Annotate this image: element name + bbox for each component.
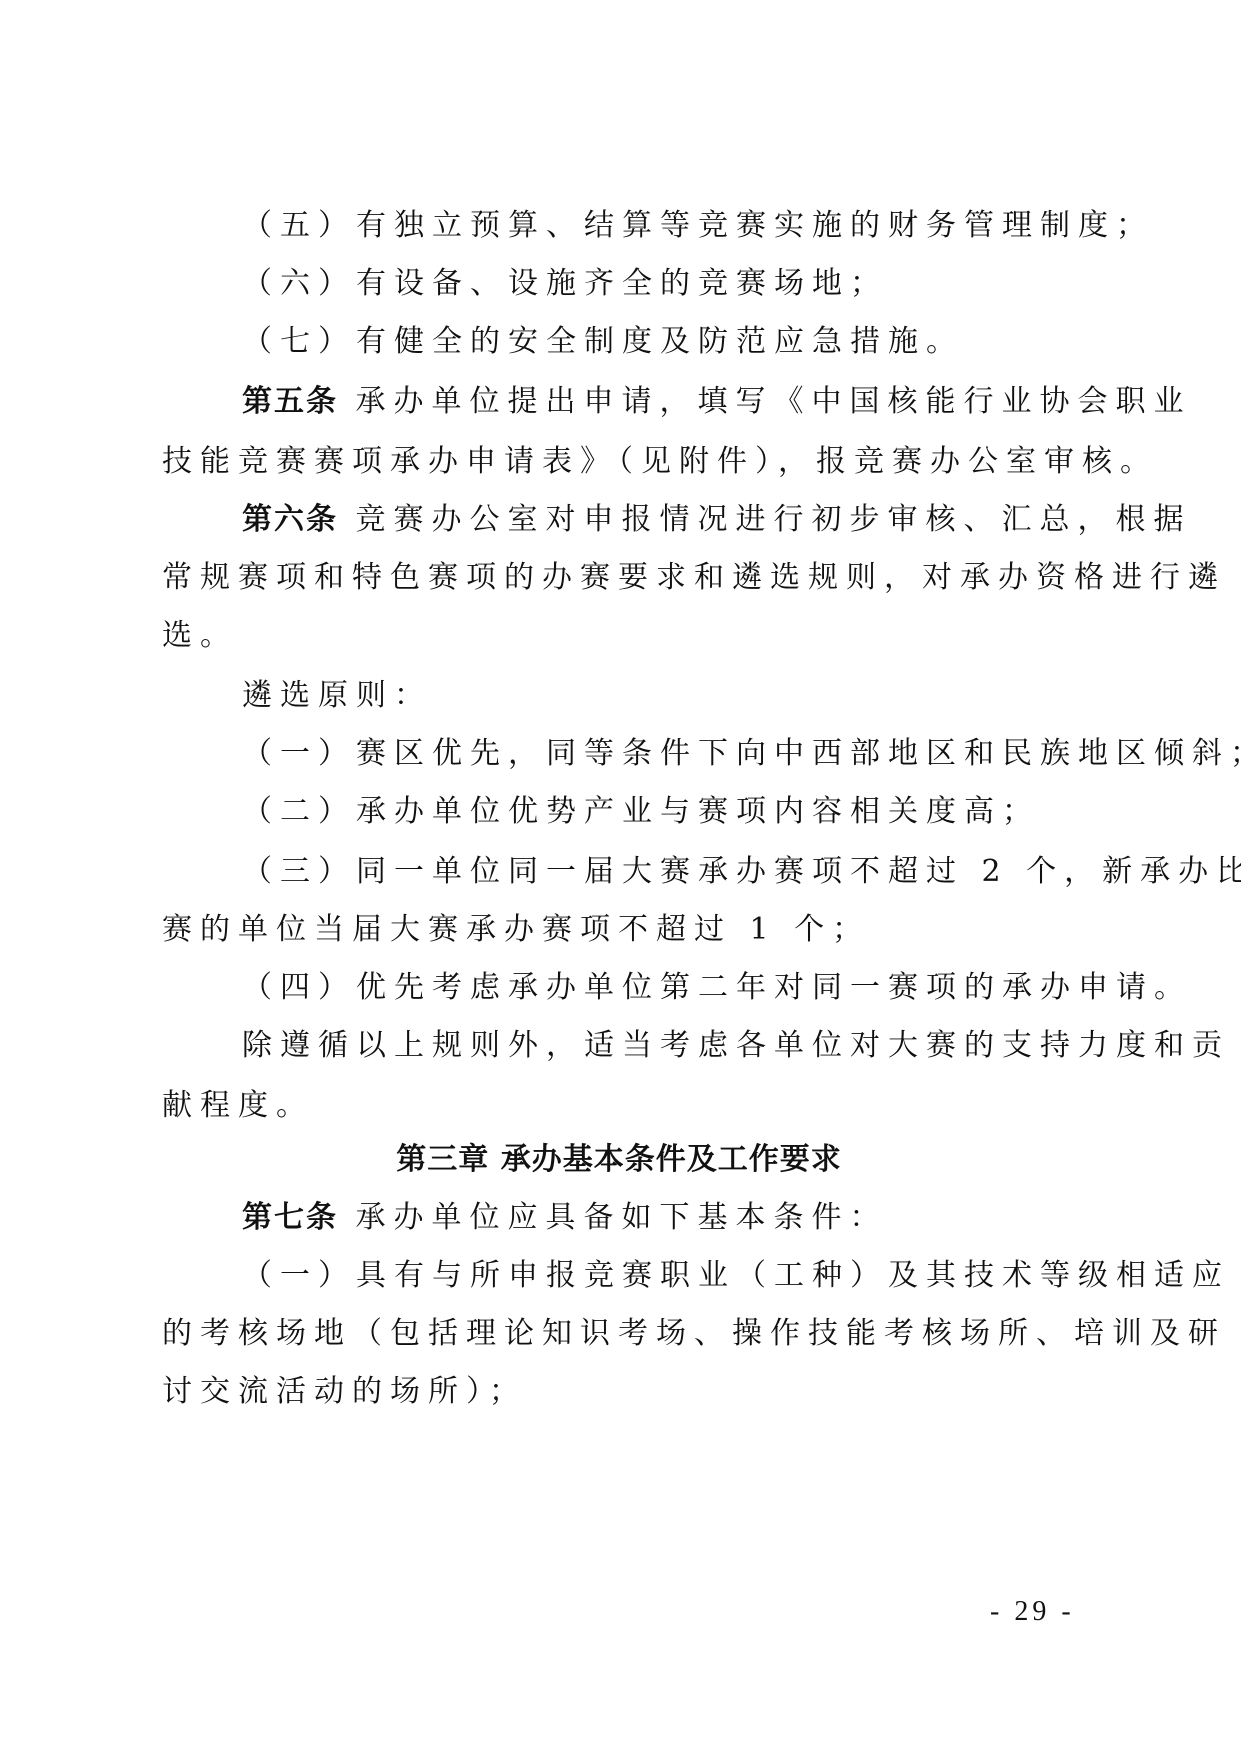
selection-title: 遴选原则： — [162, 676, 1076, 716]
article-6-text: 竞赛办公室对申报情况进行初步审核、汇总，根据 — [356, 502, 1192, 537]
article-5-line-2: 技能竞赛赛项承办申请表》（见附件），报竞赛办公室审核。 — [162, 442, 1076, 482]
article-6-line-1: 第六条 竞赛办公室对申报情况进行初步审核、汇总，根据 — [162, 500, 1076, 540]
article-5-label: 第五条 — [242, 384, 338, 419]
article-6-line-3: 选。 — [162, 616, 1076, 656]
chapter-3-heading: 第三章 承办基本条件及工作要求 — [162, 1140, 1076, 1180]
article-7-item-1-line-2: 的考核场地（包括理论知识考场、操作技能考核场所、培训及研 — [162, 1314, 1076, 1354]
selection-item-4: （四）优先考虑承办单位第二年对同一赛项的承办申请。 — [162, 968, 1076, 1008]
clause-5: （五）有独立预算、结算等竞赛实施的财务管理制度； — [162, 206, 1076, 246]
article-6-line-2: 常规赛项和特色赛项的办赛要求和遴选规则，对承办资格进行遴 — [162, 558, 1076, 598]
selection-extra-line-1: 除遵循以上规则外，适当考虑各单位对大赛的支持力度和贡 — [162, 1026, 1076, 1066]
selection-item-3-line-1: （三）同一单位同一届大赛承办赛项不超过 2 个，新承办比 — [162, 852, 1076, 892]
article-7-line-1: 第七条 承办单位应具备如下基本条件： — [162, 1198, 1076, 1238]
article-7-item-1-line-1: （一）具有与所申报竞赛职业（工种）及其技术等级相适应 — [162, 1256, 1076, 1296]
clause-7: （七）有健全的安全制度及防范应急措施。 — [162, 322, 1076, 362]
clause-6: （六）有设备、设施齐全的竞赛场地； — [162, 264, 1076, 304]
page-number: - 29 - — [990, 1596, 1075, 1628]
article-5-text: 承办单位提出申请，填写《中国核能行业协会职业 — [356, 384, 1192, 419]
selection-extra-line-2: 献程度。 — [162, 1086, 1076, 1126]
selection-item-2: （二）承办单位优势产业与赛项内容相关度高； — [162, 792, 1076, 832]
selection-item-3-line-2: 赛的单位当届大赛承办赛项不超过 1 个； — [162, 910, 1076, 950]
article-7-text: 承办单位应具备如下基本条件： — [356, 1200, 888, 1235]
article-7-label: 第七条 — [242, 1200, 338, 1235]
article-5-line-1: 第五条 承办单位提出申请，填写《中国核能行业协会职业 — [162, 382, 1076, 422]
article-6-label: 第六条 — [242, 502, 338, 537]
article-7-item-1-line-3: 讨交流活动的场所）； — [162, 1372, 1076, 1412]
selection-item-1: （一）赛区优先，同等条件下向中西部地区和民族地区倾斜； — [162, 734, 1076, 774]
